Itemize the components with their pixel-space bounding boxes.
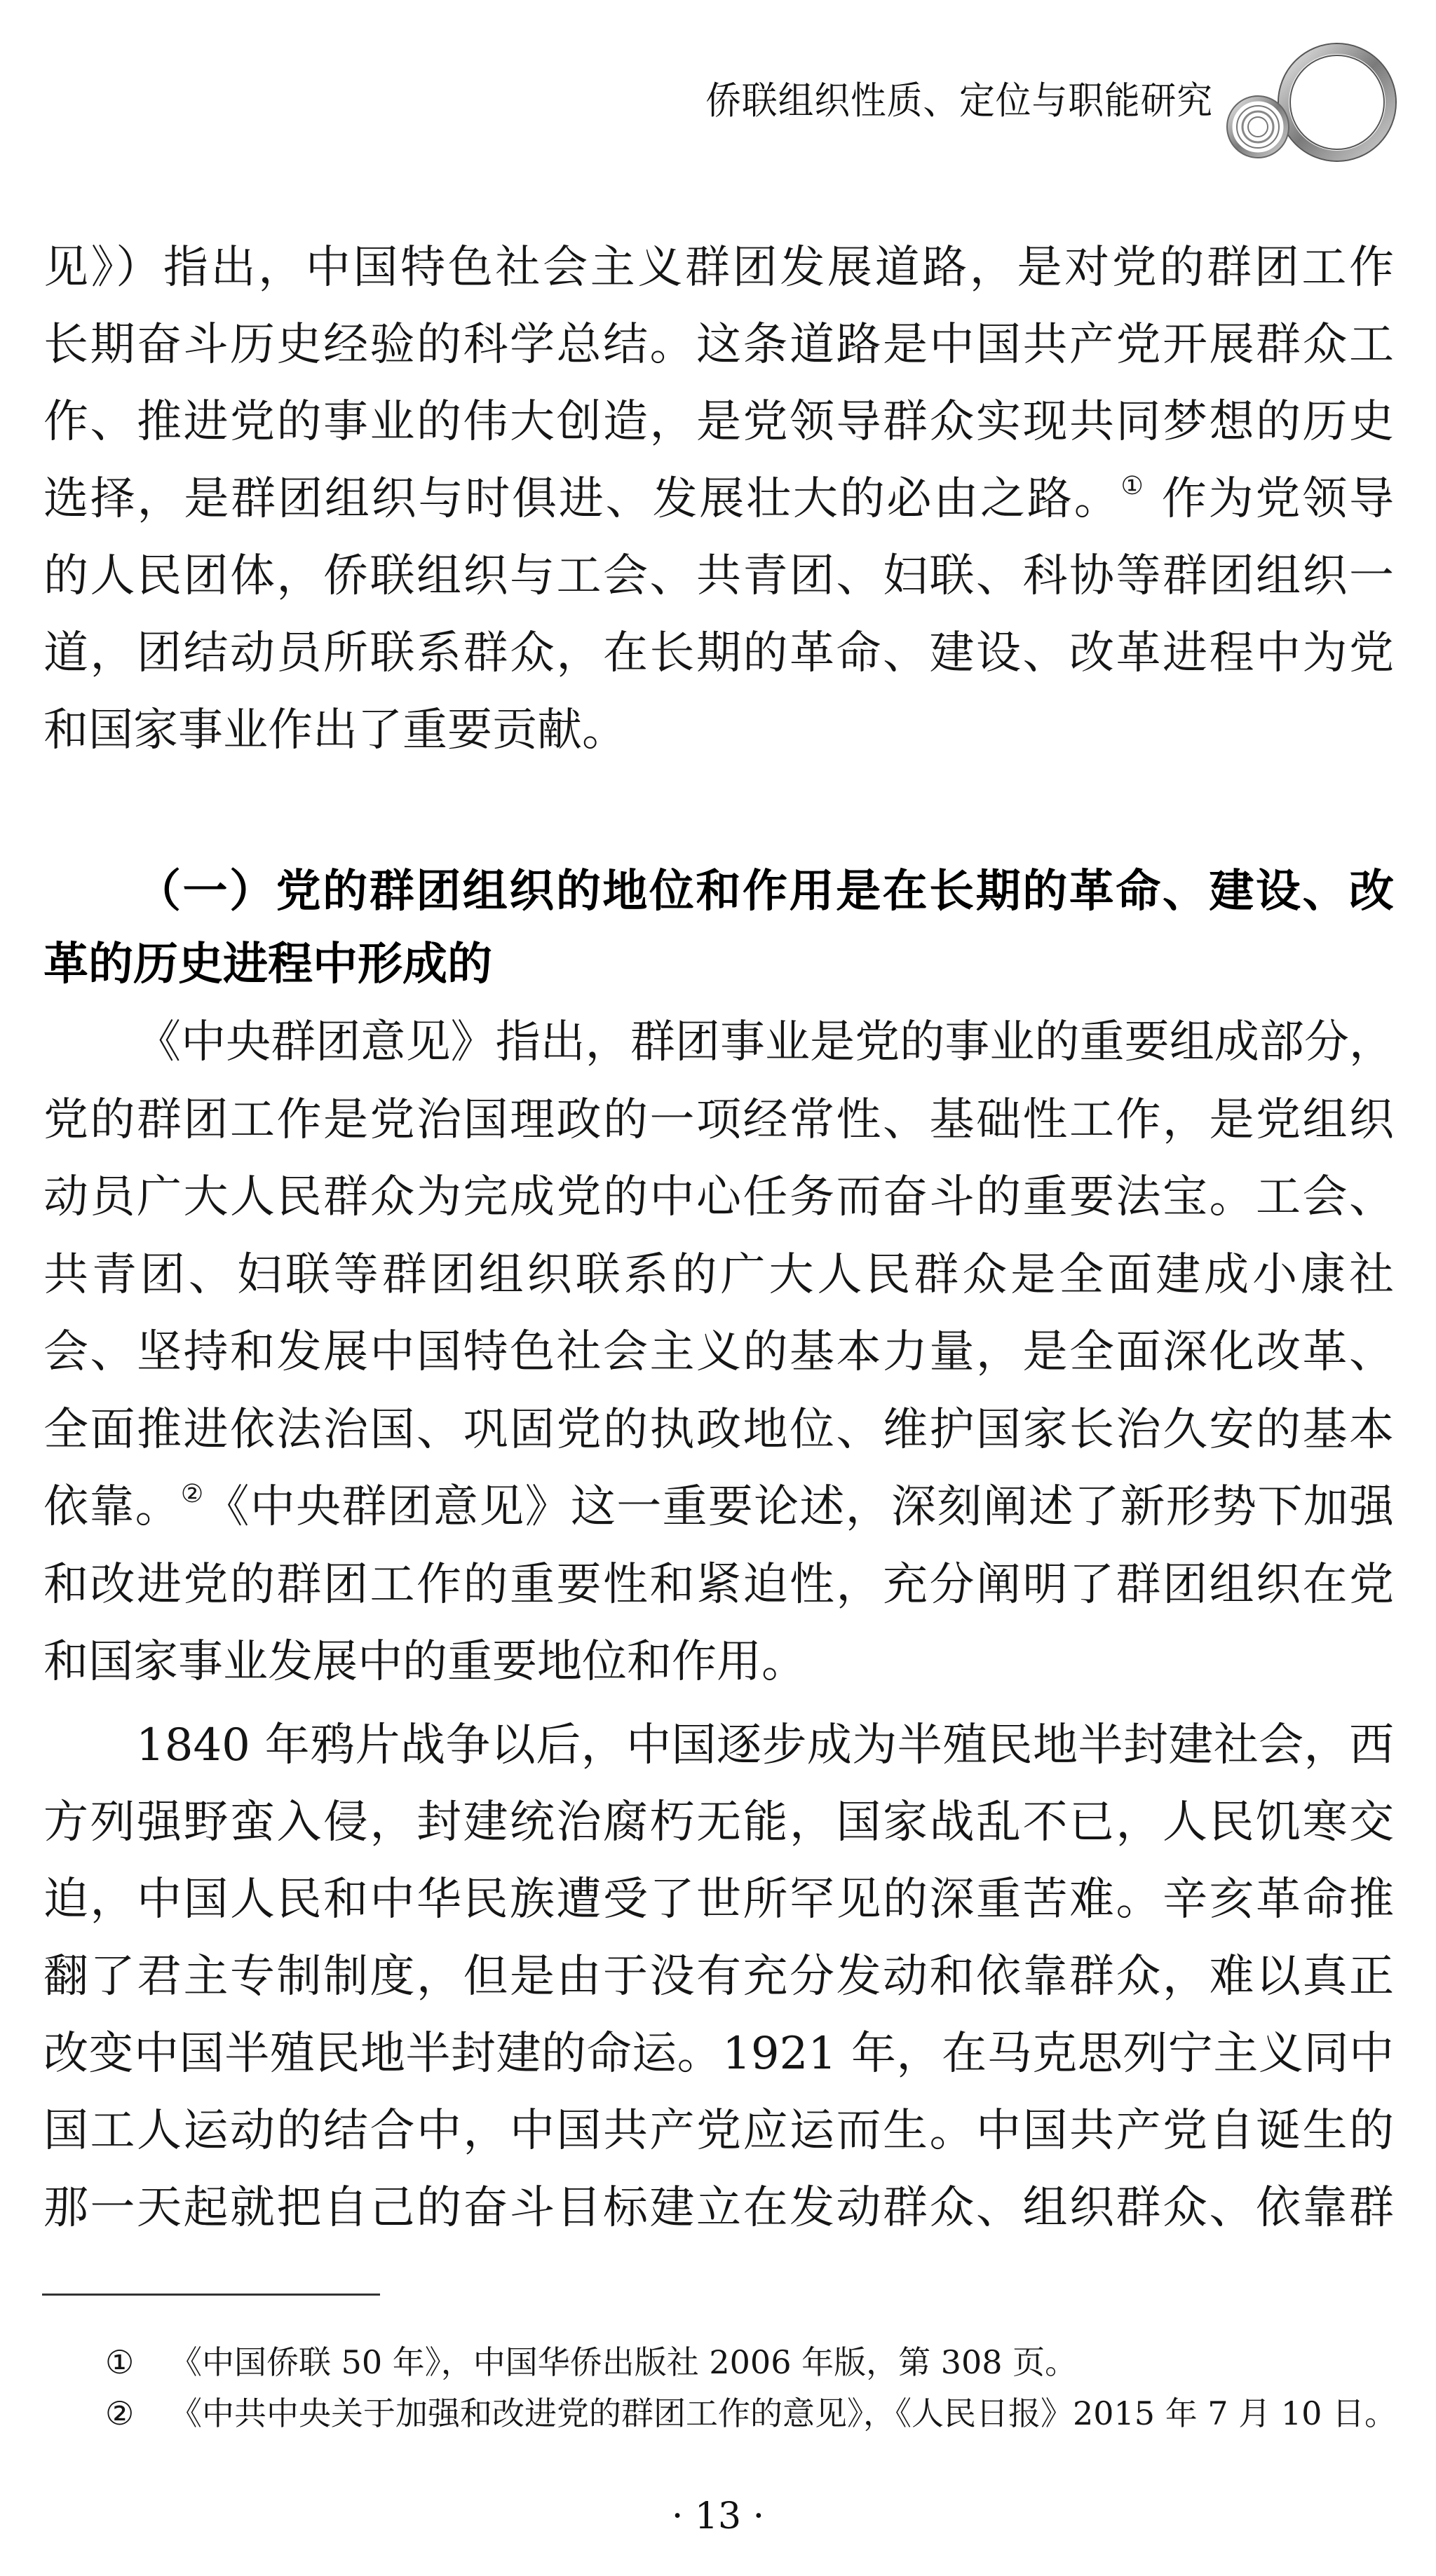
heading-line: （一）党的群团组织的地位和作用是在长期的革命、建设、改	[136, 853, 1394, 930]
text-line: 的人民团体，侨联组织与工会、共青团、妇联、科协等群团组织一	[43, 538, 1394, 615]
text-line: 共青团、妇联等群团组织联系的广大人民群众是全面建成小康社	[43, 1236, 1394, 1314]
text-line: 依靠。②《中央群团意见》这一重要论述，深刻阐述了新形势下加强	[43, 1468, 1394, 1546]
text-line: 会、坚持和发展中国特色社会主义的基本力量，是全面深化改革、	[43, 1314, 1394, 1391]
footnote-2: ②《中共中央关于加强和改进党的群团工作的意见》，《人民日报》2015 年 7 月…	[105, 2388, 1402, 2439]
text-line: 1840 年鸦片战争以后，中国逐步成为半殖民地半封建社会，西	[136, 1707, 1394, 1784]
page-number: · 13 ·	[0, 2488, 1436, 2544]
text-line: 方列强野蛮入侵，封建统治腐朽无能，国家战乱不已，人民饥寒交	[43, 1784, 1394, 1861]
text-line: 党的群团工作是党治国理政的一项经常性、基础性工作，是党组织	[43, 1082, 1394, 1159]
text-line: 翻了君主专制制度，但是由于没有充分发动和依靠群众，难以真正	[43, 1938, 1394, 2015]
text-segment: 《中央群团意见》这一重要论述，深刻阐述了新形势下加强	[204, 1481, 1394, 1533]
running-title: 侨联组织性质、定位与职能研究	[666, 76, 1213, 126]
text-line: 见》）指出，中国特色社会主义群团发展道路，是对党的群团工作	[43, 229, 1394, 306]
text-line: 动员广大人民群众为完成党的中心任务而奋斗的重要法宝。工会、	[43, 1159, 1394, 1236]
book-page: 侨联组织性质、定位与职能研究 见》）指出，中国特色社会主义群团发展道路，是对党的…	[0, 0, 1436, 2576]
text-line: 和改进党的群团工作的重要性和紧迫性，充分阐明了群团组织在党	[43, 1546, 1394, 1623]
footnote-text: 《中国侨联 50 年》，中国华侨出版社 2006 年版，第 308 页。	[170, 2343, 1077, 2381]
text-segment: 作为党领导	[1146, 473, 1394, 525]
footnote-text: 《中共中央关于加强和改进党的群团工作的意见》，《人民日报》2015 年 7 月 …	[170, 2394, 1397, 2432]
footnote-1: ①《中国侨联 50 年》，中国华侨出版社 2006 年版，第 308 页。	[105, 2337, 1402, 2387]
footnote-marker-1[interactable]: ①	[1121, 472, 1146, 500]
text-line: 迫，中国人民和中华民族遭受了世所罕见的深重苦难。辛亥革命推	[43, 1861, 1394, 1938]
footnote-mark: ②	[105, 2388, 170, 2439]
text-line: 和国家事业作出了重要贡献。	[43, 692, 1394, 769]
text-line: 《中央群团意见》指出，群团事业是党的事业的重要组成部分，	[136, 1004, 1394, 1081]
footnote-marker-2[interactable]: ②	[181, 1480, 205, 1508]
double-ring-ornament-icon	[1224, 39, 1399, 165]
heading-line: 革的历史进程中形成的	[43, 926, 1394, 1003]
text-line: 选择，是群团组织与时俱进、发展壮大的必由之路。① 作为党领导	[43, 461, 1394, 538]
text-line: 改变中国半殖民地半封建的命运。1921 年，在马克思列宁主义同中	[43, 2015, 1394, 2092]
text-line: 和国家事业发展中的重要地位和作用。	[43, 1623, 1394, 1701]
text-line: 那一天起就把自己的奋斗目标建立在发动群众、组织群众、依靠群	[43, 2169, 1394, 2247]
text-line: 道，团结动员所联系群众，在长期的革命、建设、改革进程中为党	[43, 615, 1394, 692]
footnote-divider	[42, 2294, 380, 2296]
footnote-mark: ①	[105, 2337, 170, 2387]
text-line: 长期奋斗历史经验的科学总结。这条道路是中国共产党开展群众工	[43, 306, 1394, 383]
text-line: 作、推进党的事业的伟大创造，是党领导群众实现共同梦想的历史	[43, 383, 1394, 461]
text-line: 国工人运动的结合中，中国共产党应运而生。中国共产党自诞生的	[43, 2092, 1394, 2169]
text-segment: 选择，是群团组织与时俱进、发展壮大的必由之路。	[43, 473, 1121, 525]
text-segment: 依靠。	[43, 1481, 181, 1533]
text-line: 全面推进依法治国、巩固党的执政地位、维护国家长治久安的基本	[43, 1391, 1394, 1468]
